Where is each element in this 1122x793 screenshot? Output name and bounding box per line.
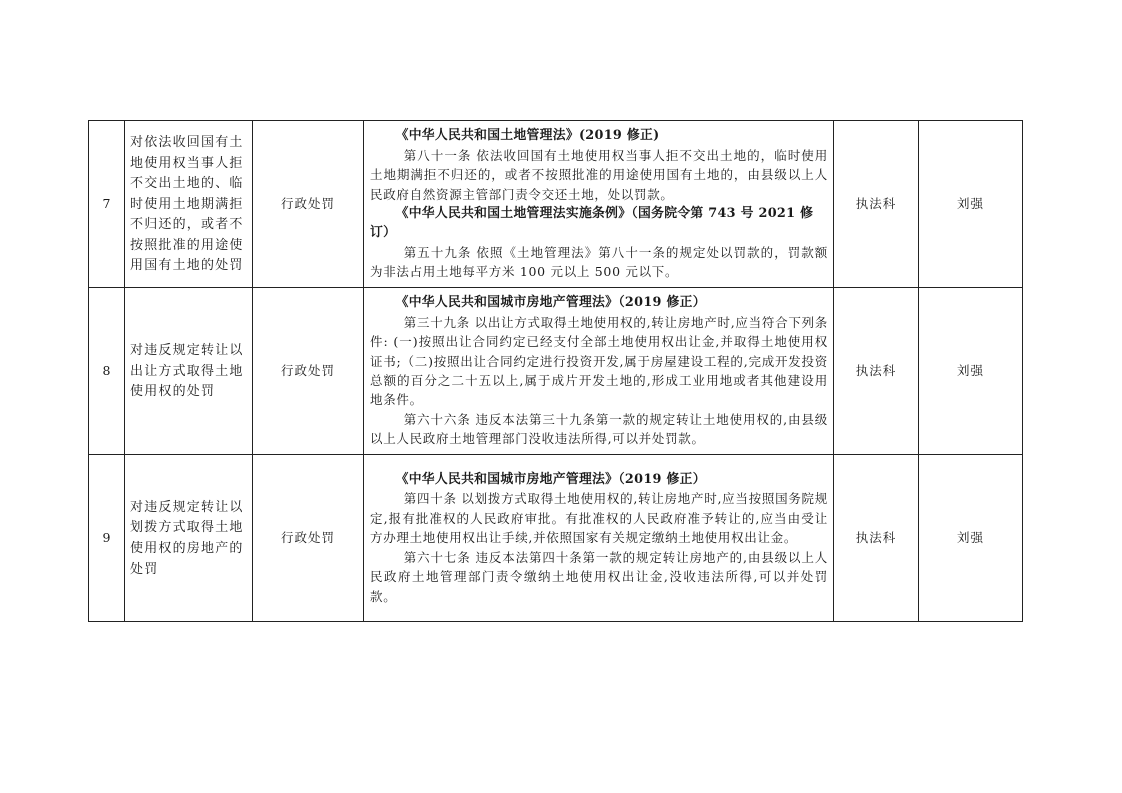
responsible-department: 执法科 [834,121,919,288]
law-title: 《中华人民共和国土地管理法实施条例》（国务院令第 743 号 2021 修订） [370,204,828,243]
responsible-person: 刘强 [919,121,1023,288]
item-category: 行政处罚 [253,288,364,455]
legal-basis: 《中华人民共和国土地管理法》(2019 修正) 第八十一条 依法收回国有土地使用… [364,121,834,288]
legal-basis: 《中华人民共和国城市房地产管理法》（2019 修正） 第四十条 以划拨方式取得土… [364,455,834,622]
responsible-department: 执法科 [834,455,919,622]
law-title: 《中华人民共和国城市房地产管理法》（2019 修正） [370,470,828,489]
responsible-person: 刘强 [919,455,1023,622]
law-article: 第六十六条 违反本法第三十九条第一款的规定转让土地使用权的,由县级以上人民政府土… [370,410,828,449]
law-article: 第四十条 以划拨方式取得土地使用权的,转让房地产时,应当按照国务院规定,报有批准… [370,489,828,547]
item-number: 9 [89,455,125,622]
law-title: 《中华人民共和国土地管理法》(2019 修正) [370,126,828,145]
item-name-text: 对依法收回国有土地使用权当事人拒不交出土地的、临时使用土地期满拒不归还的，或者不… [130,135,244,274]
law-article: 第六十七条 违反本法第四十条第一款的规定转让房地产的,由县级以上人民政府土地管理… [370,548,828,606]
legal-basis: 《中华人民共和国城市房地产管理法》（2019 修正） 第三十九条 以出让方式取得… [364,288,834,455]
item-category: 行政处罚 [253,455,364,622]
law-article: 第五十九条 依照《土地管理法》第八十一条的规定处以罚款的，罚款额为非法占用土地每… [370,243,828,282]
enforcement-items-table: 7 对依法收回国有土地使用权当事人拒不交出土地的、临时使用土地期满拒不归还的，或… [88,120,1023,622]
item-name: 对违反规定转让以出让方式取得土地使用权的处罚 [125,288,253,455]
responsible-person: 刘强 [919,288,1023,455]
law-title: 《中华人民共和国城市房地产管理法》（2019 修正） [370,293,828,312]
table-row: 7 对依法收回国有土地使用权当事人拒不交出土地的、临时使用土地期满拒不归还的，或… [89,121,1023,288]
item-name: 对依法收回国有土地使用权当事人拒不交出土地的、临时使用土地期满拒不归还的，或者不… [125,121,253,288]
table-row: 9 对违反规定转让以划拨方式取得土地使用权的房地产的处罚 行政处罚 《中华人民共… [89,455,1023,622]
responsible-department: 执法科 [834,288,919,455]
law-article: 第三十九条 以出让方式取得土地使用权的,转让房地产时,应当符合下列条件: (一)… [370,313,828,410]
item-name: 对违反规定转让以划拨方式取得土地使用权的房地产的处罚 [125,455,253,622]
item-number: 8 [89,288,125,455]
table-row: 8 对违反规定转让以出让方式取得土地使用权的处罚 行政处罚 《中华人民共和国城市… [89,288,1023,455]
law-article: 第八十一条 依法收回国有土地使用权当事人拒不交出土地的，临时使用土地期满拒不归还… [370,146,828,204]
item-category: 行政处罚 [253,121,364,288]
item-name-text: 对违反规定转让以划拨方式取得土地使用权的房地产的处罚 [130,500,244,577]
item-number: 7 [89,121,125,288]
item-name-text: 对违反规定转让以出让方式取得土地使用权的处罚 [130,343,244,399]
